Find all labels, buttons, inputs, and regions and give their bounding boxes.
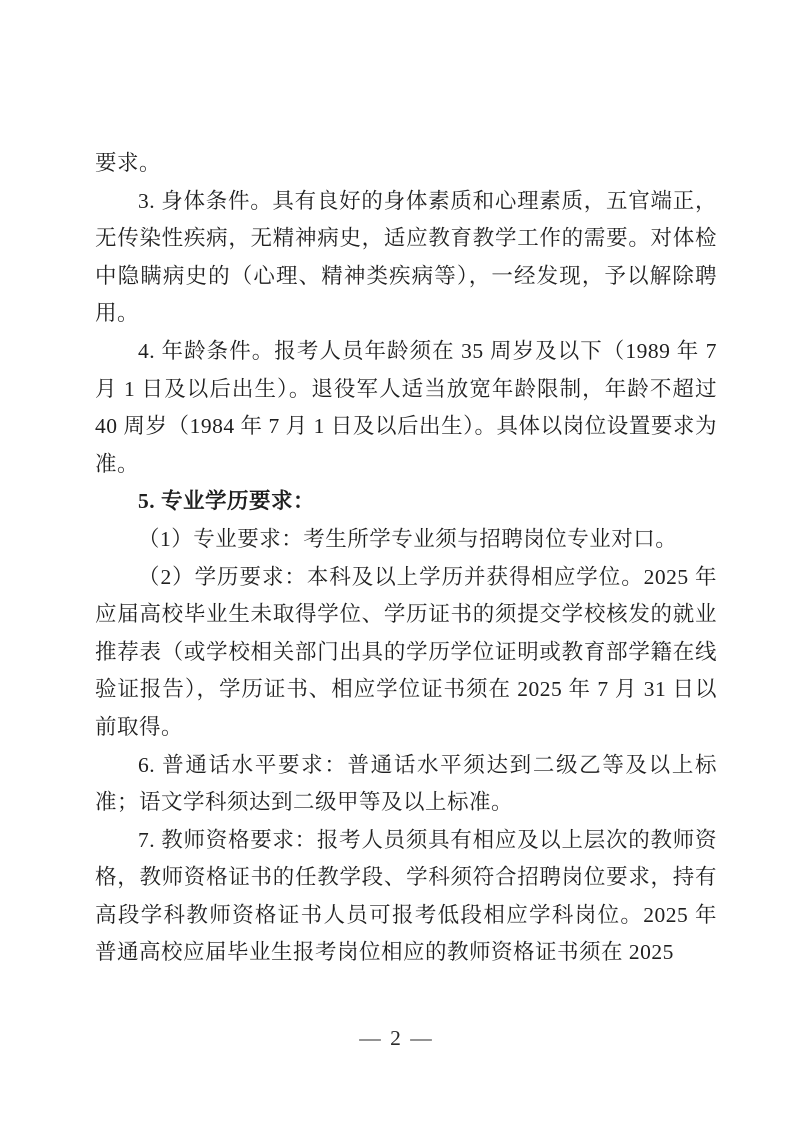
paragraph-mandarin-requirement: 6. 普通话水平要求：普通话水平须达到二级乙等及以上标准；语文学科须达到二级甲等… [95,747,717,822]
paragraph-carryover: 要求。 [95,145,717,183]
paragraph-education-requirement: （2）学历要求：本科及以上学历并获得相应学位。2025 年应届高校毕业生未取得学… [95,559,717,747]
document-page: 要求。 3. 身体条件。具有良好的身体素质和心理素质，五官端正，无传染性疾病，无… [0,0,793,1122]
paragraph-teacher-certificate-requirement: 7. 教师资格要求：报考人员须具有相应及以上层次的教师资格，教师资格证书的任教学… [95,822,717,972]
paragraph-major-requirement: （1）专业要求：考生所学专业须与招聘岗位专业对口。 [95,521,717,559]
paragraph-age-condition: 4. 年龄条件。报考人员年龄须在 35 周岁及以下（1989 年 7 月 1 日… [95,333,717,483]
paragraph-physical-condition: 3. 身体条件。具有良好的身体素质和心理素质，五官端正，无传染性疾病，无精神病史… [95,183,717,333]
heading-major-education-requirement: 5. 专业学历要求： [95,483,717,521]
document-body: 要求。 3. 身体条件。具有良好的身体素质和心理素质，五官端正，无传染性疾病，无… [95,145,717,972]
page-number: — 2 — [359,1026,434,1050]
page-footer: — 2 — [0,1026,793,1051]
